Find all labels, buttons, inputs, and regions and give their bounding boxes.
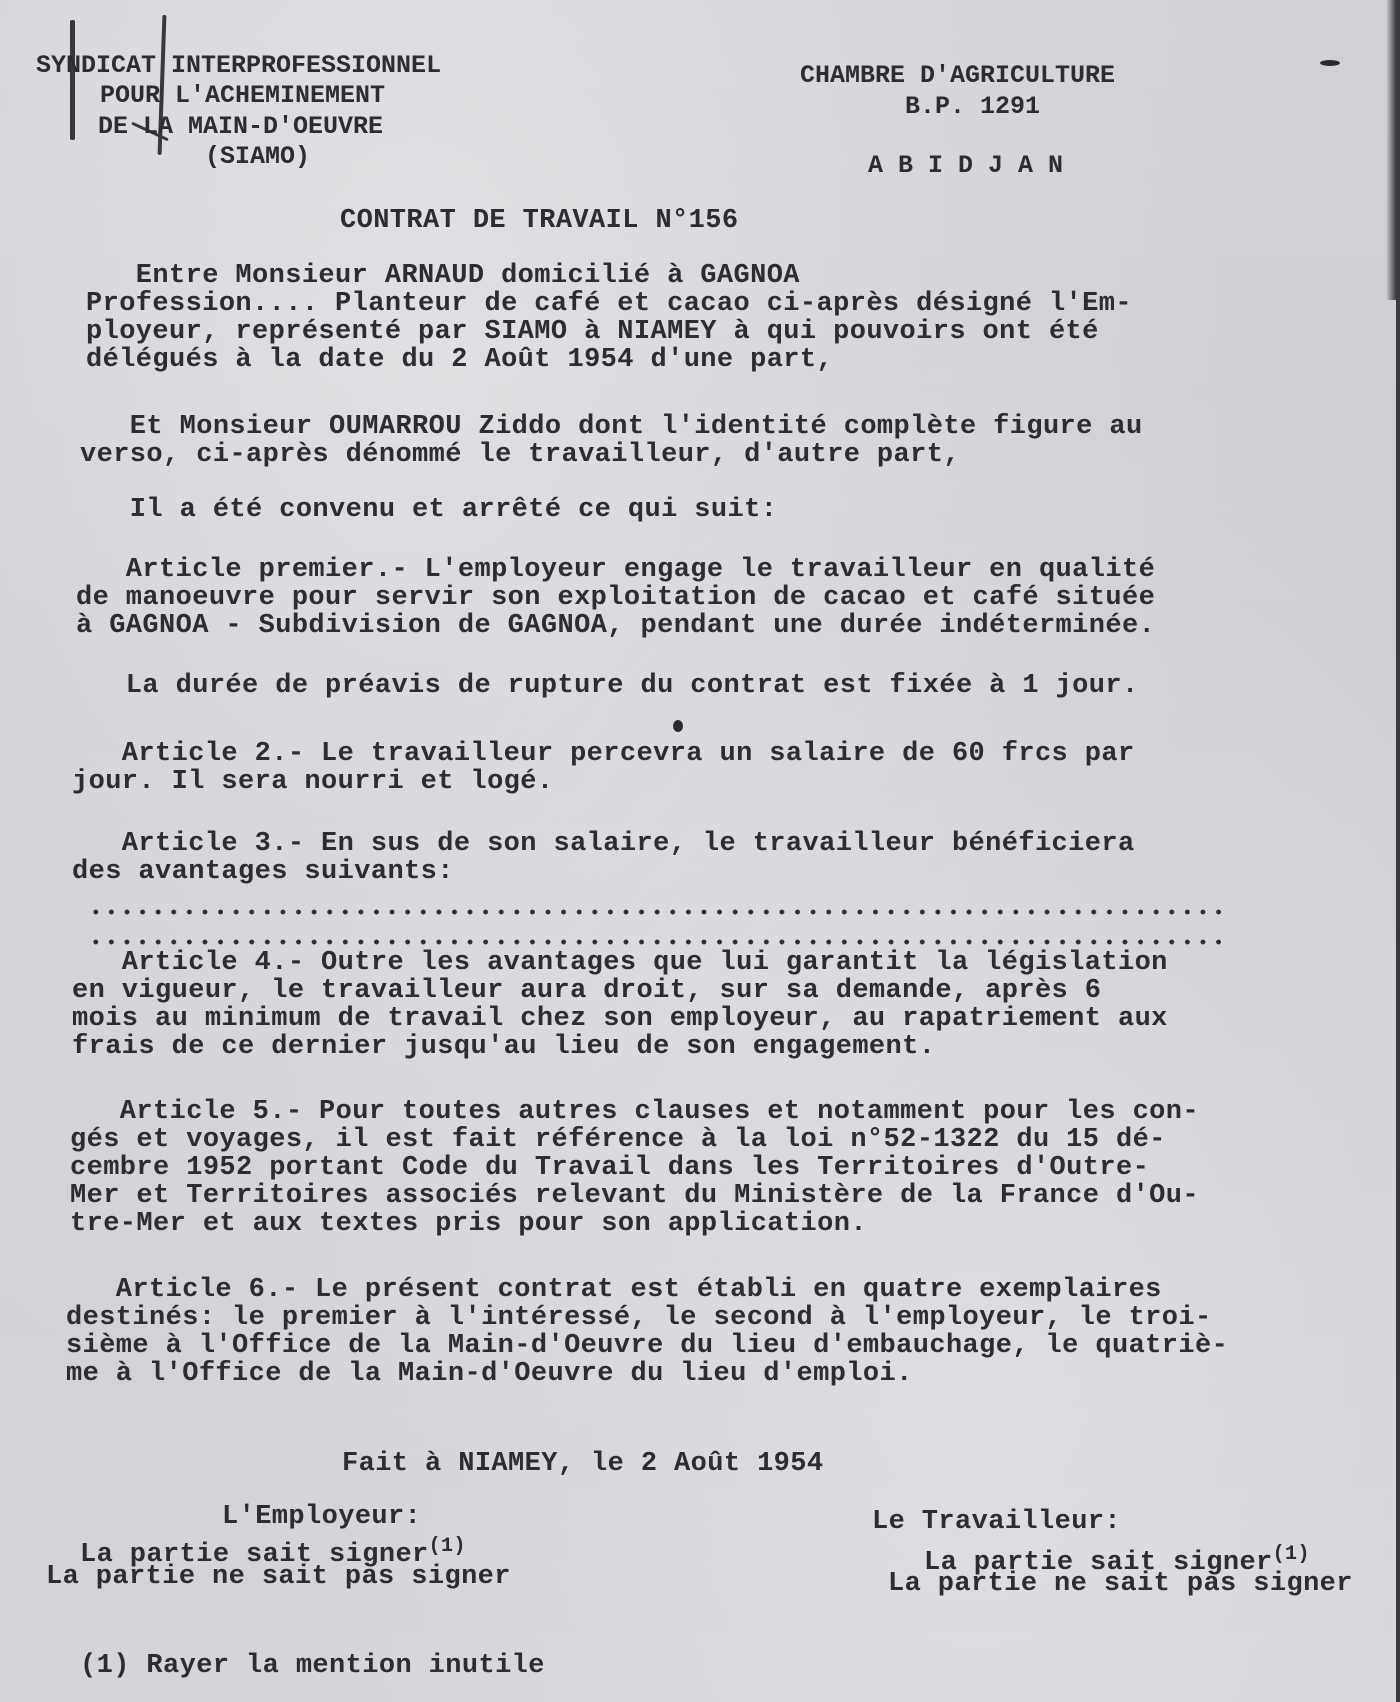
stamp-mark	[70, 20, 75, 140]
article-6-line-1: Article 6.- Le présent contrat est établ…	[66, 1276, 1162, 1305]
preamble-employer-3: ployeur, représenté par SIAMO à NIAMEY à…	[86, 318, 1099, 347]
letterhead-left-line2: POUR L'ACHEMINEMENT	[100, 82, 385, 109]
ink-smudge	[1320, 60, 1340, 66]
article-5-line-4: Mer et Territoires associés relevant du …	[70, 1182, 1199, 1211]
article-4-line-3: mois au minimum de travail chez son empl…	[72, 1005, 1168, 1034]
preamble-employer-1: Entre Monsieur ARNAUD domicilié à GAGNOA	[86, 262, 800, 291]
article-6-line-3: sième à l'Office de la Main-d'Oeuvre du …	[66, 1332, 1228, 1361]
footnote-mark: (1)	[1273, 1543, 1310, 1566]
place-and-date: Fait à NIAMEY, le 2 Août 1954	[342, 1450, 823, 1479]
notice-period: La durée de préavis de rupture du contra…	[76, 672, 1139, 701]
article-2-line-1: Article 2.- Le travailleur percevra un s…	[72, 740, 1135, 769]
dotted-fill-line	[88, 938, 1228, 946]
article-5-line-1: Article 5.- Pour toutes autres clauses e…	[70, 1098, 1199, 1127]
article-5-line-5: tre-Mer et aux textes pris pour son appl…	[70, 1210, 867, 1239]
article-6-line-2: destinés: le premier à l'intéressé, le s…	[66, 1304, 1212, 1333]
preamble-worker-1: Et Monsieur OUMARROU Ziddo dont l'identi…	[80, 413, 1143, 442]
article-1-line-1: Article premier.- L'employeur engage le …	[76, 556, 1155, 585]
dotted-fill-line	[88, 908, 1228, 916]
scanned-contract-page: SYNDICAT INTERPROFESSIONNEL POUR L'ACHEM…	[0, 0, 1396, 1702]
letterhead-right-line3: A B I D J A N	[868, 152, 1063, 179]
article-5-line-3: cembre 1952 portant Code du Travail dans…	[70, 1154, 1149, 1183]
employer-label: L'Employeur:	[222, 1503, 421, 1532]
preamble-employer-2: Profession.... Planteur de café et cacao…	[86, 290, 1132, 319]
letterhead-right-line1: CHAMBRE D'AGRICULTURE	[800, 62, 1115, 89]
ink-smudge	[673, 720, 683, 732]
worker-label: Le Travailleur:	[872, 1508, 1121, 1537]
agreed-clause: Il a été convenu et arrêté ce qui suit:	[80, 496, 777, 525]
article-4-line-4: frais de ce dernier jusqu'au lieu de son…	[72, 1033, 935, 1062]
footnote: (1) Rayer la mention inutile	[80, 1652, 545, 1681]
letterhead-left-line4: (SIAMO)	[205, 143, 310, 170]
contract-title: CONTRAT DE TRAVAIL N°156	[340, 207, 738, 236]
page-edge-shadow	[1386, 0, 1396, 300]
letterhead-right-line2: B.P. 1291	[905, 93, 1040, 120]
article-4-line-1: Article 4.- Outre les avantages que lui …	[72, 949, 1168, 978]
footnote-mark: (1)	[429, 1535, 466, 1558]
preamble-worker-2: verso, ci-après dénommé le travailleur, …	[80, 441, 960, 470]
letterhead-left-line3: DE LA MAIN-D'OEUVRE	[98, 113, 383, 140]
article-1-line-2: de manoeuvre pour servir son exploitatio…	[76, 584, 1155, 613]
letterhead-left-line1: SYNDICAT INTERPROFESSIONNEL	[36, 52, 441, 79]
article-3-line-1: Article 3.- En sus de son salaire, le tr…	[72, 830, 1135, 859]
preamble-employer-4: délégués à la date du 2 Août 1954 d'une …	[86, 346, 833, 375]
article-3-line-2: des avantages suivants:	[72, 858, 454, 887]
worker-cannot-sign: La partie ne sait pas signer	[888, 1570, 1353, 1599]
article-5-line-2: gés et voyages, il est fait référence à …	[70, 1126, 1166, 1155]
article-4-line-2: en vigueur, le travailleur aura droit, s…	[72, 977, 1101, 1006]
employer-cannot-sign: La partie ne sait pas signer	[46, 1563, 511, 1592]
article-1-line-3: à GAGNOA - Subdivision de GAGNOA, pendan…	[76, 612, 1155, 641]
article-2-line-2: jour. Il sera nourri et logé.	[72, 768, 553, 797]
article-6-line-4: me à l'Office de la Main-d'Oeuvre du lie…	[66, 1360, 913, 1389]
